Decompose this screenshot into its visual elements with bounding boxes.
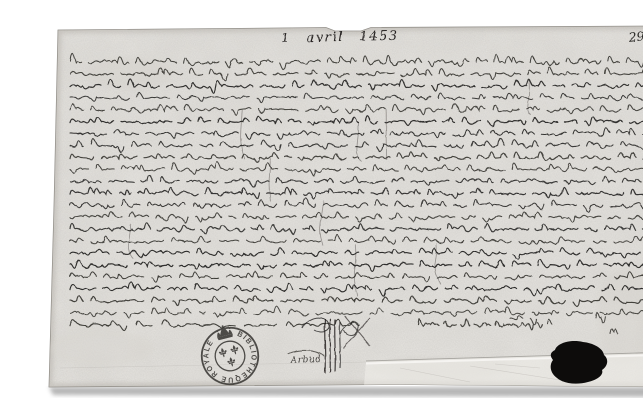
- signature-text: Arbud: [290, 354, 322, 366]
- page-number: 29: [627, 28, 643, 45]
- drop-shadow: [49, 387, 643, 397]
- date-heading: 1 avril 1453: [281, 29, 399, 46]
- stain: [50, 330, 154, 366]
- manuscript-photo: 1 avril 1453 29 Arbud BIBLIOTHEQ: [40, 16, 643, 404]
